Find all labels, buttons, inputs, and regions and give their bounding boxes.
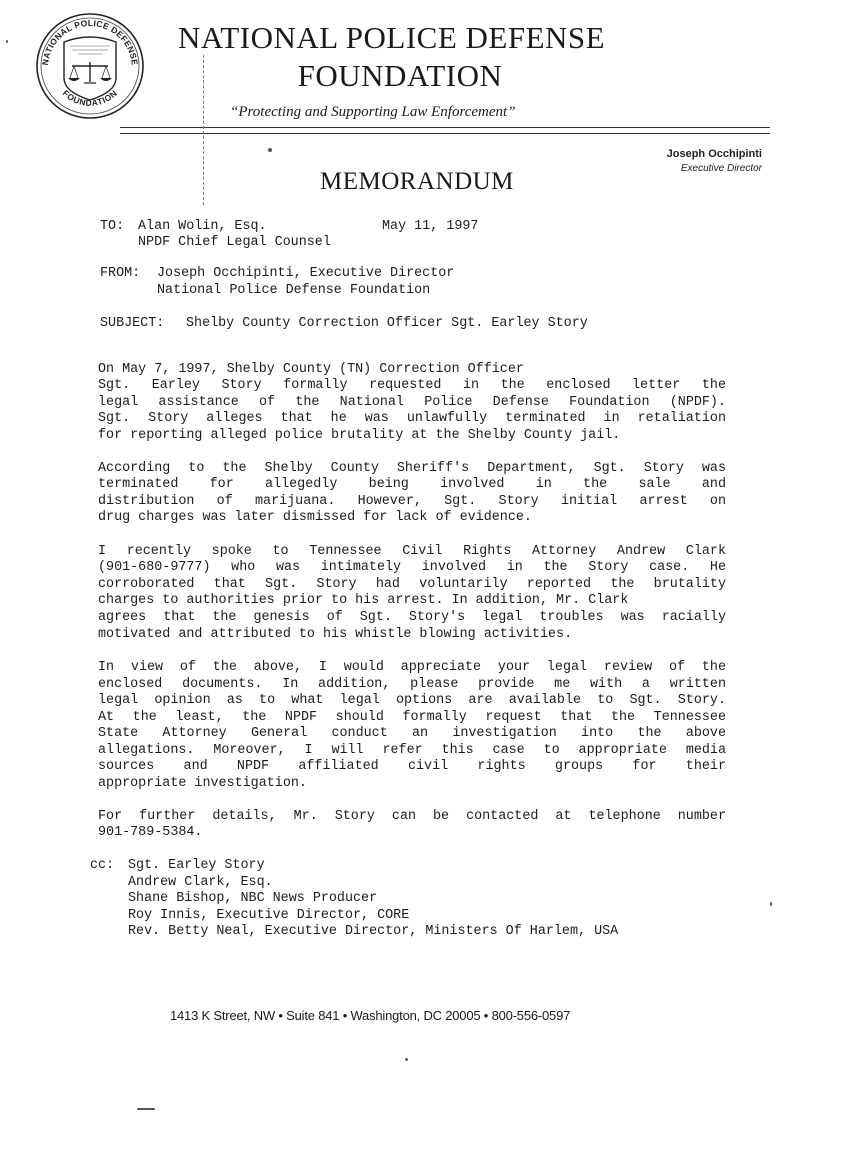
paragraph-line: For further details, Mr. Story can be co…	[98, 809, 726, 826]
paragraph-line: 901-789-5384.	[98, 825, 726, 842]
from-org: National Police Defense Foundation	[157, 283, 430, 300]
paragraph-line: for reporting alleged police brutality a…	[98, 428, 726, 445]
to-title: NPDF Chief Legal Counsel	[138, 235, 331, 252]
scan-fold-mark	[203, 55, 204, 205]
scan-speck	[6, 40, 8, 43]
paragraph-line: charges to authorities prior to his arre…	[98, 593, 726, 610]
scan-speck	[405, 1058, 408, 1061]
cc-label: cc:	[90, 858, 114, 875]
paragraph-line: terminated for allegedly being involved …	[98, 477, 726, 494]
executive-name: Joseph Occhipinti	[667, 148, 762, 160]
paragraph-line: In view of the above, I would appreciate…	[98, 660, 726, 677]
memo-title: MEMORANDUM	[320, 168, 514, 196]
paragraph-line: State Attorney General conduct an invest…	[98, 726, 726, 743]
paragraph-line: corroborated that Sgt. Story had volunta…	[98, 577, 726, 594]
scales-of-justice-icon	[68, 62, 112, 83]
memo-page: NATIONAL POLICE DEFENSE FOUNDATION NATIO…	[0, 0, 850, 1169]
to-label: TO:	[100, 219, 124, 236]
org-name-line2: FOUNDATION	[270, 58, 530, 94]
org-name: NATIONAL POLICE DEFENSE	[178, 20, 648, 56]
paragraph-line: allegations. Moreover, I will refer this…	[98, 743, 726, 760]
footer-address: 1413 K Street, NW • Suite 841 • Washingt…	[170, 1008, 570, 1023]
paragraph-line: drug charges was later dismissed for lac…	[98, 510, 726, 527]
cc-recipient: Shane Bishop, NBC News Producer	[128, 891, 377, 908]
paragraph-line: distribution of marijuana. However, Sgt.…	[98, 494, 726, 511]
from-name: Joseph Occhipinti, Executive Director	[157, 266, 454, 283]
paragraph-line: sources and NPDF affiliated civil rights…	[98, 759, 726, 776]
subject-text: Shelby County Correction Officer Sgt. Ea…	[186, 316, 588, 333]
paragraph-line: legal assistance of the National Police …	[98, 395, 726, 412]
paragraph-line: agrees that the genesis of Sgt. Story's …	[98, 610, 726, 627]
cc-recipient: Rev. Betty Neal, Executive Director, Min…	[128, 924, 618, 941]
paragraph-line: motivated and attributed to his whistle …	[98, 627, 726, 644]
foundation-seal-logo: NATIONAL POLICE DEFENSE FOUNDATION	[34, 10, 146, 120]
paragraph-line: At the least, the NPDF should formally r…	[98, 710, 726, 727]
scan-speck	[770, 902, 772, 906]
paragraph-line: Sgt. Story alleges that he was unlawfull…	[98, 411, 726, 428]
svg-text:FOUNDATION: FOUNDATION	[61, 88, 119, 108]
paragraph-line: I recently spoke to Tennessee Civil Righ…	[98, 544, 726, 561]
paragraph-line: enclosed documents. In addition, please …	[98, 677, 726, 694]
executive-title: Executive Director	[681, 163, 762, 174]
scan-speck	[268, 148, 272, 152]
paragraph-line: (901-680-9777) who was intimately involv…	[98, 560, 726, 577]
paragraph-line: On May 7, 1997, Shelby County (TN) Corre…	[98, 362, 726, 379]
from-label: FROM:	[100, 266, 140, 283]
to-name: Alan Wolin, Esq.	[138, 219, 267, 236]
svg-text:NATIONAL POLICE DEFENSE: NATIONAL POLICE DEFENSE	[40, 18, 140, 66]
header-rule-2	[120, 133, 770, 134]
paragraph-line: appropriate investigation.	[98, 776, 726, 793]
subject-label: SUBJECT:	[100, 316, 164, 333]
memo-date: May 11, 1997	[382, 219, 478, 236]
paragraph-line: legal opinion as to what legal options a…	[98, 693, 726, 710]
cc-recipient: Andrew Clark, Esq.	[128, 875, 273, 892]
cc-recipient: Roy Innis, Executive Director, CORE	[128, 908, 409, 925]
scan-speck	[137, 1108, 155, 1110]
tagline: “Protecting and Supporting Law Enforceme…	[230, 104, 610, 121]
header-rule	[120, 127, 770, 128]
paragraph-line: Sgt. Earley Story formally requested in …	[98, 378, 726, 395]
cc-recipient: Sgt. Earley Story	[128, 858, 265, 875]
paragraph-line: According to the Shelby County Sheriff's…	[98, 461, 726, 478]
